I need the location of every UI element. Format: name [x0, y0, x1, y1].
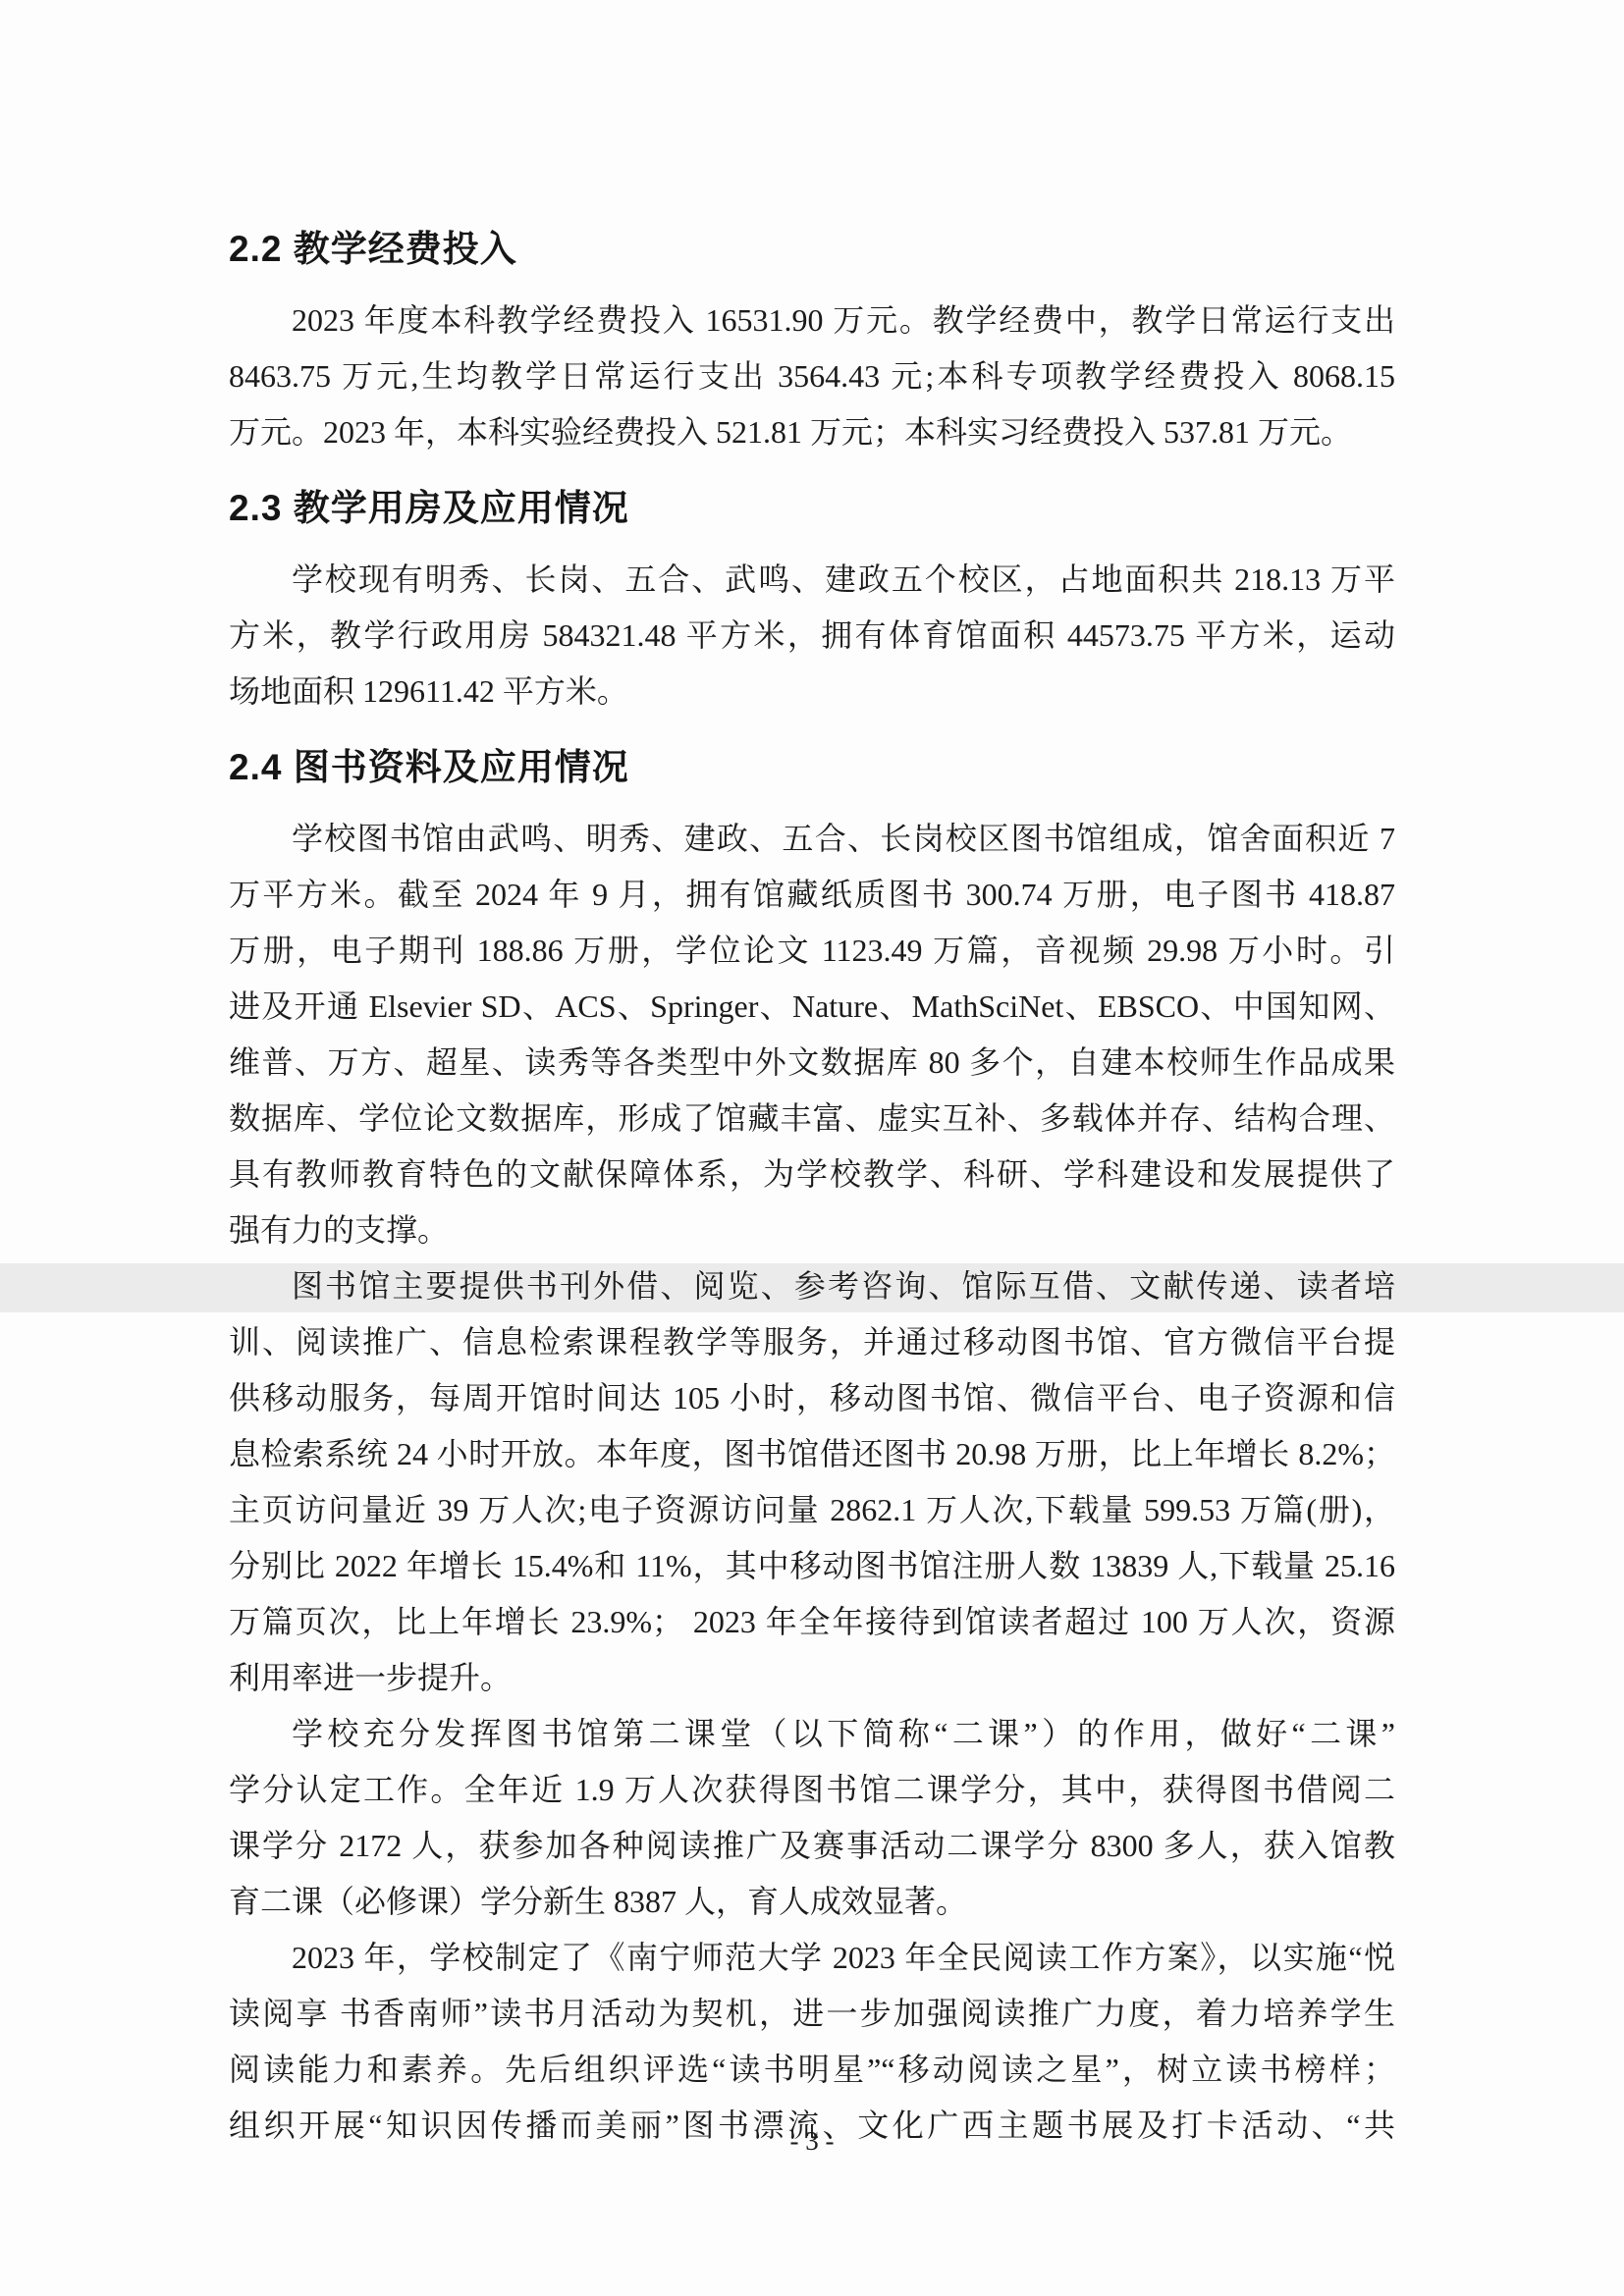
- paragraph: 2023 年，学校制定了《南宁师范大学 2023 年全民阅读工作方案》，以实施“…: [229, 1930, 1395, 2154]
- section-heading: 2.4 图书资料及应用情况: [229, 739, 1395, 795]
- page-number: - 3 -: [790, 2126, 835, 2156]
- text-line: 2023 年度本科教学经费投入 16531.90 万元。教学经费中，教学日常运行…: [229, 293, 1395, 348]
- text-line: 育二课（必修课）学分新生 8387 人，育人成效显著。: [229, 1874, 1395, 1930]
- text-line: 万元。2023 年，本科实验经费投入 521.81 万元；本科实习经费投入 53…: [229, 404, 1395, 460]
- text-line: 进及开通 Elsevier SD、ACS、Springer、Nature、Mat…: [229, 979, 1395, 1035]
- text-line: 具有教师教育特色的文献保障体系，为学校教学、科研、学科建设和发展提供了: [229, 1147, 1395, 1202]
- text-line: 2023 年，学校制定了《南宁师范大学 2023 年全民阅读工作方案》，以实施“…: [229, 1930, 1395, 1986]
- text-line: 8463.75 万元,生均教学日常运行支出 3564.43 元;本科专项教学经费…: [229, 348, 1395, 404]
- document-page: 2.2 教学经费投入2023 年度本科教学经费投入 16531.90 万元。教学…: [0, 0, 1624, 2296]
- text-line: 学分认定工作。全年近 1.9 万人次获得图书馆二课学分，其中，获得图书借阅二: [229, 1762, 1395, 1818]
- paragraph: 学校现有明秀、长岗、五合、武鸣、建政五个校区，占地面积共 218.13 万平方米…: [229, 552, 1395, 720]
- page-footer: - 3 -: [0, 2125, 1624, 2157]
- paragraph: 学校图书馆由武鸣、明秀、建政、五合、长岗校区图书馆组成，馆舍面积近 7万平方米。…: [229, 811, 1395, 1258]
- paragraph: 学校充分发挥图书馆第二课堂（以下简称“二课”）的作用，做好“二课”学分认定工作。…: [229, 1706, 1395, 1930]
- text-line: 强有力的支撑。: [229, 1202, 1395, 1258]
- paragraph: 2023 年度本科教学经费投入 16531.90 万元。教学经费中，教学日常运行…: [229, 293, 1395, 460]
- text-line: 供移动服务，每周开馆时间达 105 小时，移动图书馆、微信平台、电子资源和信: [229, 1370, 1395, 1426]
- text-line: 图书馆主要提供书刊外借、阅览、参考咨询、馆际互借、文献传递、读者培: [229, 1258, 1395, 1314]
- text-line: 训、阅读推广、信息检索课程教学等服务，并通过移动图书馆、官方微信平台提: [229, 1314, 1395, 1370]
- paragraph: 图书馆主要提供书刊外借、阅览、参考咨询、馆际互借、文献传递、读者培训、阅读推广、…: [229, 1258, 1395, 1706]
- text-line: 学校充分发挥图书馆第二课堂（以下简称“二课”）的作用，做好“二课”: [229, 1706, 1395, 1762]
- text-line: 读阅享 书香南师”读书月活动为契机，进一步加强阅读推广力度，着力培养学生: [229, 1986, 1395, 2042]
- text-line: 维普、万方、超星、读秀等各类型中外文数据库 80 多个，自建本校师生作品成果: [229, 1035, 1395, 1091]
- text-line: 场地面积 129611.42 平方米。: [229, 664, 1395, 720]
- text-line: 课学分 2172 人，获参加各种阅读推广及赛事活动二课学分 8300 多人，获入…: [229, 1818, 1395, 1874]
- text-line: 万平方米。截至 2024 年 9 月，拥有馆藏纸质图书 300.74 万册，电子…: [229, 867, 1395, 923]
- text-line: 息检索系统 24 小时开放。本年度，图书馆借还图书 20.98 万册，比上年增长…: [229, 1426, 1395, 1482]
- section-heading: 2.2 教学经费投入: [229, 221, 1395, 277]
- text-line: 利用率进一步提升。: [229, 1650, 1395, 1706]
- text-line: 分别比 2022 年增长 15.4%和 11%，其中移动图书馆注册人数 1383…: [229, 1538, 1395, 1594]
- text-line: 数据库、学位论文数据库，形成了馆藏丰富、虚实互补、多载体并存、结构合理、: [229, 1091, 1395, 1147]
- document-content: 2.2 教学经费投入2023 年度本科教学经费投入 16531.90 万元。教学…: [229, 221, 1395, 2154]
- text-line: 学校图书馆由武鸣、明秀、建政、五合、长岗校区图书馆组成，馆舍面积近 7: [229, 811, 1395, 867]
- text-line: 万册，电子期刊 188.86 万册，学位论文 1123.49 万篇，音视频 29…: [229, 923, 1395, 979]
- text-line: 万篇页次，比上年增长 23.9%； 2023 年全年接待到馆读者超过 100 万…: [229, 1594, 1395, 1650]
- text-line: 方米，教学行政用房 584321.48 平方米，拥有体育馆面积 44573.75…: [229, 608, 1395, 664]
- text-line: 学校现有明秀、长岗、五合、武鸣、建政五个校区，占地面积共 218.13 万平: [229, 552, 1395, 608]
- text-line: 阅读能力和素养。先后组织评选“读书明星”“移动阅读之星”，树立读书榜样；: [229, 2042, 1395, 2098]
- section-heading: 2.3 教学用房及应用情况: [229, 480, 1395, 536]
- text-line: 主页访问量近 39 万人次;电子资源访问量 2862.1 万人次,下载量 599…: [229, 1482, 1395, 1538]
